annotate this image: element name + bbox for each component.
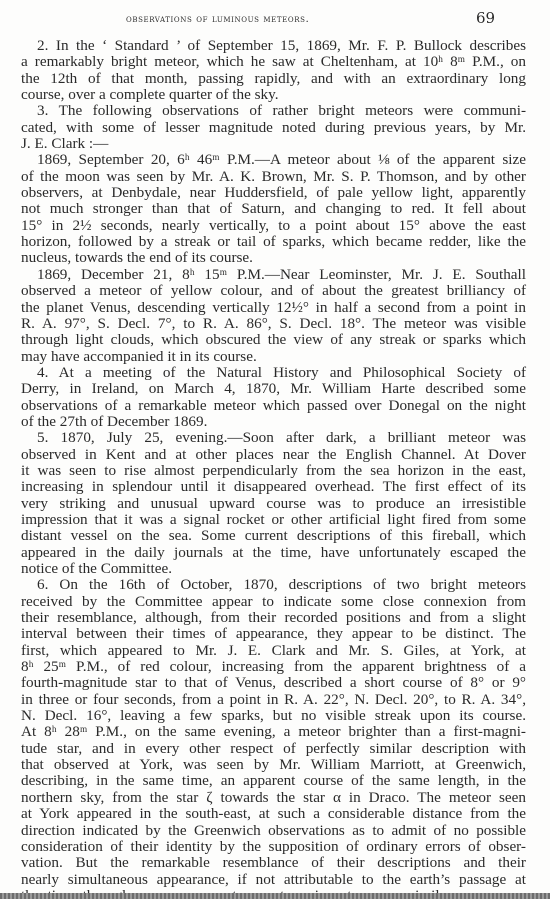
text-line: horizon, followed by a streak or tail of… [21, 234, 526, 250]
text-line: 15° in 2½ seconds, nearly vertically, to… [21, 218, 526, 234]
text-line: N. Decl. 16°, leaving a few sparks, but … [21, 708, 526, 724]
text-line: 2. In the ‘ Standard ’ of September 15, … [21, 38, 526, 54]
text-line: very striking and unusual upward course … [21, 496, 526, 512]
text-line: of the 27th of December 1869. [21, 414, 526, 430]
text-line: the planet Venus, descending vertically … [21, 300, 526, 316]
text-line: at York appeared in the south-east, at s… [21, 806, 526, 822]
text-line: received by the Committee appear to indi… [21, 594, 526, 610]
text-line: cated, with some of lesser magnitude not… [21, 120, 526, 136]
text-line: increasing in splendour until it disappe… [21, 479, 526, 495]
text-line: observed a meteor of yellow colour, and … [21, 283, 526, 299]
text-line: At 8ʰ 28ᵐ P.M., on the same evening, a m… [21, 724, 526, 740]
text-line: 1869, September 20, 6ʰ 46ᵐ P.M.—A meteor… [21, 152, 526, 168]
text-line: impression that it was a signal rocket o… [21, 512, 526, 528]
text-line: vation. But the remarkable resemblance o… [21, 855, 526, 871]
text-line: 6. On the 16th of October, 1870, descrip… [21, 577, 526, 593]
text-line: tude star, and in every other respect of… [21, 741, 526, 757]
text-line: observers, at Denbydale, near Huddersfie… [21, 185, 526, 201]
text-line: nearly simultaneous appearance, if not a… [21, 872, 526, 888]
running-head: OBSERVATIONS OF LUMINOUS METEORS. 69 [0, 9, 550, 29]
text-line: their resemblance, although, from their … [21, 610, 526, 626]
running-title: OBSERVATIONS OF LUMINOUS METEORS. [126, 13, 309, 25]
text-line: not much stronger than that of Saturn, a… [21, 201, 526, 217]
text-line: the 12th of that month, passing rapidly,… [21, 71, 526, 87]
page-bottom-edge [0, 893, 550, 899]
text-line: Derry, in Ireland, on March 4, 1870, Mr.… [21, 381, 526, 397]
text-line: consideration of their identity by the s… [21, 839, 526, 855]
text-line: notice of the Committee. [21, 561, 526, 577]
text-line: observations of a remarkable meteor whic… [21, 398, 526, 414]
text-line: northern sky, from the star ζ towards th… [21, 790, 526, 806]
text-line: 4. At a meeting of the Natural History a… [21, 365, 526, 381]
text-line: that observed at York, was seen by Mr. W… [21, 757, 526, 773]
text-line: first, which appeared to Mr. J. E. Clark… [21, 643, 526, 659]
text-line: 8ʰ 25ᵐ P.M., of red colour, increasing f… [21, 659, 526, 675]
text-line: interval between their times of appearan… [21, 626, 526, 642]
text-line: fourth-magnitude star to that of Venus, … [21, 675, 526, 691]
text-line: distant vessel on the sea. Some current … [21, 528, 526, 544]
text-line: it was seen to rise almost perpendicular… [21, 463, 526, 479]
text-line: describing, in the same time, an apparen… [21, 773, 526, 789]
text-line: through light clouds, which obscured the… [21, 332, 526, 348]
text-line: of the moon was seen by Mr. A. K. Brown,… [21, 169, 526, 185]
text-line: in three or four seconds, from a point i… [21, 692, 526, 708]
text-line: 3. The following observations of rather … [21, 103, 526, 119]
text-line: appeared in the daily journals at the ti… [21, 545, 526, 561]
text-line: nucleus, towards the end of its course. [21, 250, 526, 266]
text-line: R. A. 97°, S. Decl. 7°, to R. A. 86°, S.… [21, 316, 526, 332]
document-page: OBSERVATIONS OF LUMINOUS METEORS. 69 2. … [0, 0, 550, 893]
page-number: 69 [476, 9, 495, 27]
text-line: may have accompanied it in its course. [21, 349, 526, 365]
text-line: 5. 1870, July 25, evening.—Soon after da… [21, 430, 526, 446]
text-line: a remarkably bright meteor, which he saw… [21, 54, 526, 70]
text-line: observed in Kent and at other places nea… [21, 447, 526, 463]
body-text: 2. In the ‘ Standard ’ of September 15, … [21, 38, 526, 899]
text-line: course, over a complete quarter of the s… [21, 87, 526, 103]
text-line: 1869, December 21, 8ʰ 15ᵐ P.M.—Near Leom… [21, 267, 526, 283]
text-line: J. E. Clark :— [21, 136, 526, 152]
text-line: direction indicated by the Greenwich obs… [21, 823, 526, 839]
